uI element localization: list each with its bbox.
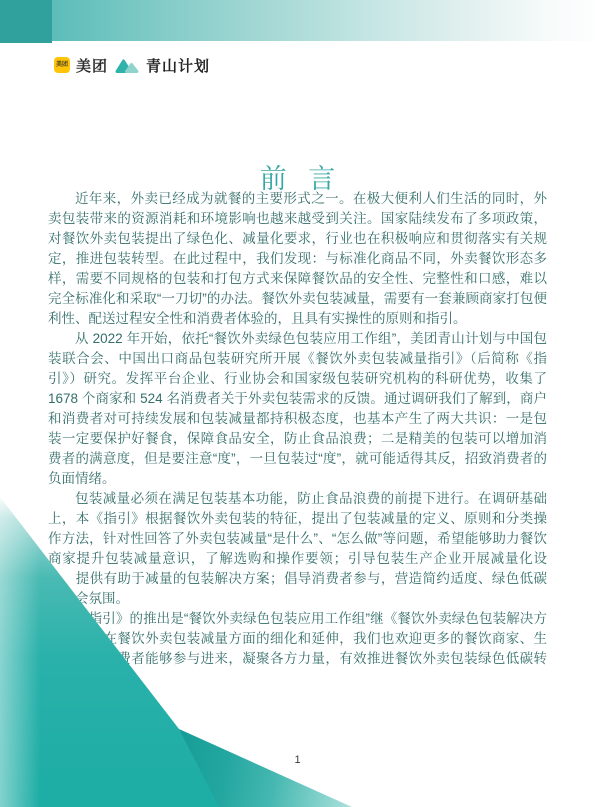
meituan-badge-label: 美团 xyxy=(56,62,68,68)
preface-paragraph: 从 2022 年开始，依托“餐饮外卖绿色包装应用工作组”，美团青山计划与中国包装… xyxy=(48,329,547,489)
header-dark-block xyxy=(0,0,52,43)
page-number: 1 xyxy=(0,754,595,766)
header-gradient-band xyxy=(0,0,595,41)
logo-row: 美团 美团 青山计划 xyxy=(54,56,210,74)
preface-body: 近年来，外卖已经成为就餐的主要形式之一。在极大便利人们生活的同时，外卖包装带来的… xyxy=(48,189,547,689)
preface-paragraph: 包装减量必须在满足包装基本功能，防止食品浪费的前提下进行。在调研基础上，本《指引… xyxy=(48,489,547,609)
preface-paragraph: 近年来，外卖已经成为就餐的主要形式之一。在极大便利人们生活的同时，外卖包装带来的… xyxy=(48,189,547,329)
meituan-badge-icon: 美团 xyxy=(54,57,70,73)
document-page: 美团 美团 青山计划 前 言 近年来，外卖已经成为就餐的主要形式之一。在极大便利… xyxy=(0,0,595,807)
meituan-wordmark: 美团 xyxy=(76,55,108,76)
qingshan-wordmark: 青山计划 xyxy=(146,55,210,76)
mountains-icon xyxy=(114,57,140,74)
